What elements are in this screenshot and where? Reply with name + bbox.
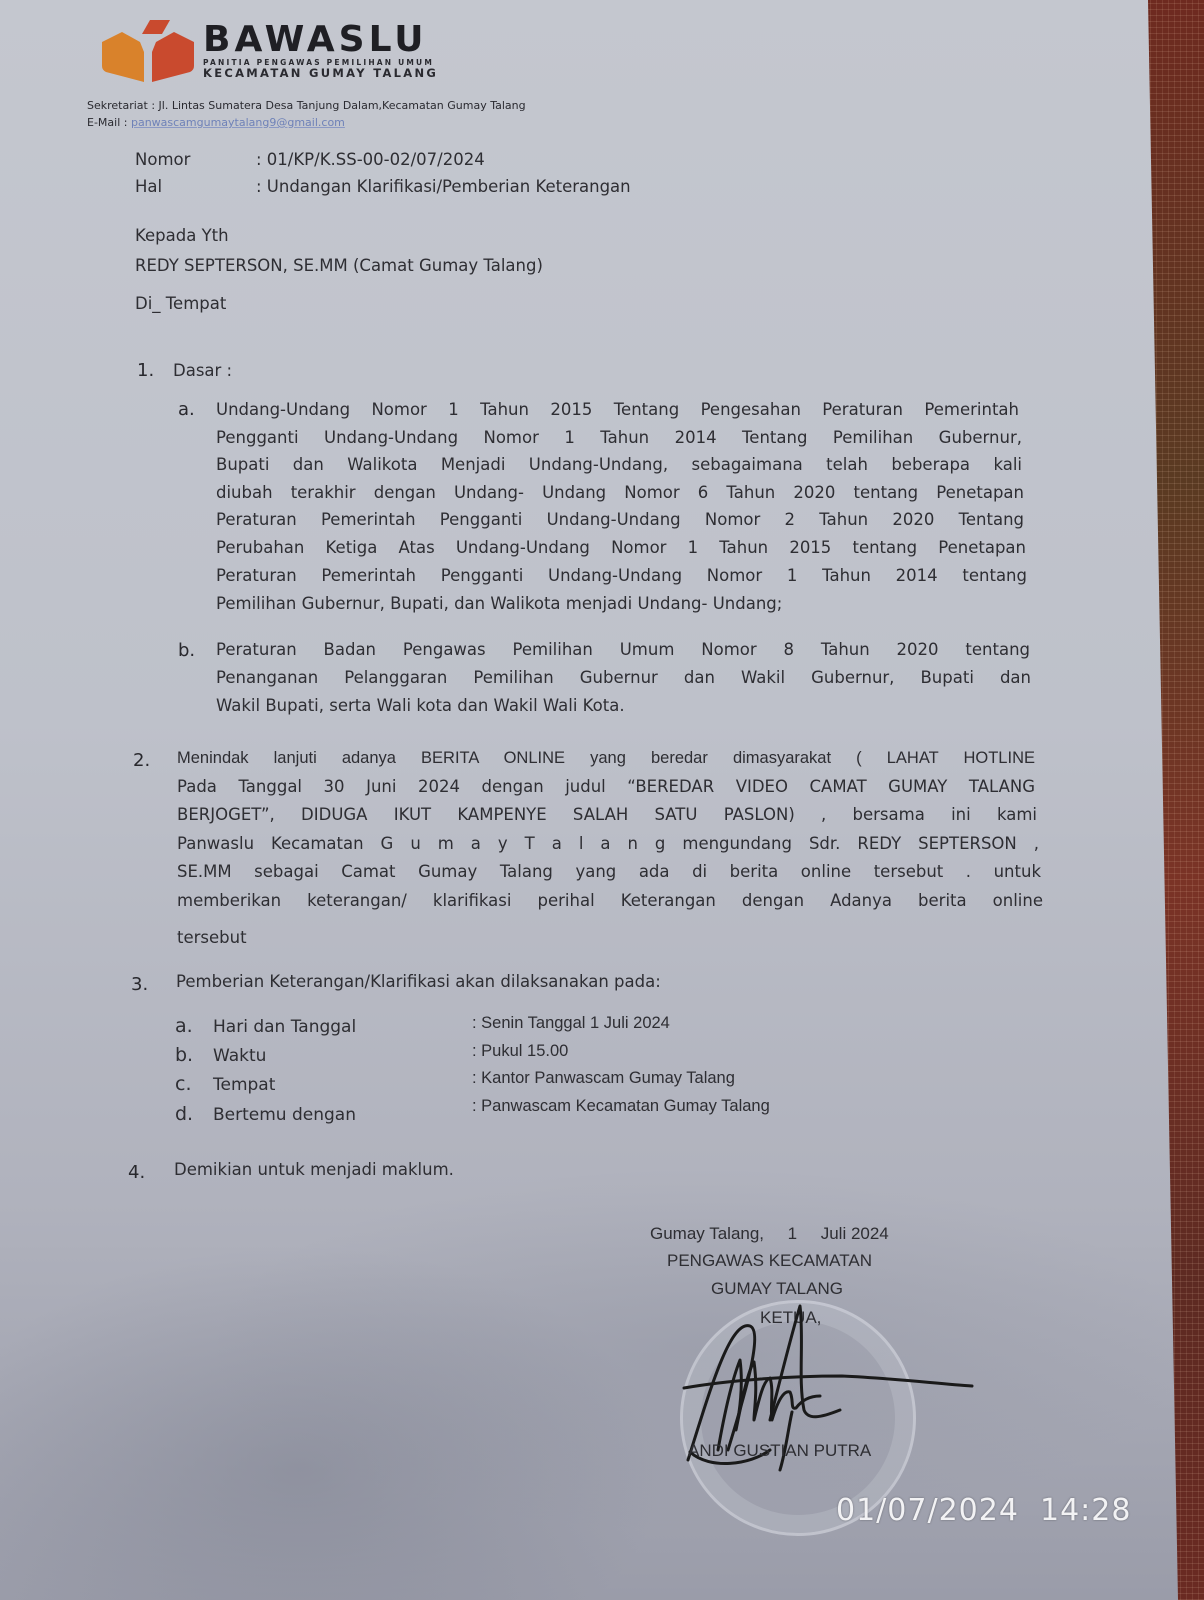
section-3-number: 3.	[131, 974, 148, 995]
section-2-line: SE.MM sebagai Camat Gumay Talang yang ad…	[177, 862, 1041, 881]
section-1a-line: diubah terakhir dengan Undang- Undang No…	[216, 483, 1024, 502]
section-1b-marker: b.	[178, 640, 195, 661]
recipient-greeting: Kepada Yth	[135, 226, 229, 245]
signer-office: PENGAWAS KECAMATAN	[667, 1251, 872, 1271]
reference-number: Nomor: 01/KP/K.SS-00-02/07/2024	[135, 150, 485, 169]
section-4-text: Demikian untuk menjadi maklum.	[174, 1160, 454, 1179]
recipient-name: REDY SEPTERSON, SE.MM (Camat Gumay Talan…	[135, 256, 543, 275]
schedule-row: a.Hari dan Tanggal	[175, 1015, 356, 1037]
nomor-label: Nomor	[135, 150, 256, 169]
brand-district: KECAMATAN GUMAY TALANG	[203, 66, 438, 80]
section-2-line: Menindak lanjuti adanya BERITA ONLINE ya…	[177, 749, 1035, 768]
subject: Hal: Undangan Klarifikasi/Pemberian Kete…	[135, 177, 631, 196]
section-2-line: BERJOGET”, DIDUGA IKUT KAMPENYE SALAH SA…	[177, 805, 1037, 824]
photo-timestamp: 01/07/2024 14:28	[836, 1493, 1131, 1528]
section-1a-marker: a.	[178, 399, 195, 420]
section-1a-line: Pemilihan Gubernur, Bupati, dan Walikota…	[216, 594, 782, 613]
hal-value: : Undangan Klarifikasi/Pemberian Keteran…	[256, 177, 631, 196]
section-2-line: memberikan keterangan/ klarifikasi perih…	[177, 891, 1043, 910]
schedule-row: c.Tempat	[175, 1073, 275, 1095]
schedule-marker: c.	[175, 1073, 213, 1095]
section-3-title: Pemberian Keterangan/Klarifikasi akan di…	[176, 972, 661, 991]
section-1a-line: Peraturan Pemerintah Pengganti Undang-Un…	[216, 510, 1024, 529]
section-1-title: Dasar :	[173, 361, 232, 380]
email-line: E-Mail : panwascamgumaytalang9@gmail.com	[87, 116, 345, 129]
section-2-line: tersebut	[177, 928, 247, 947]
schedule-label: Bertemu dengan	[213, 1105, 356, 1125]
schedule-label: Hari dan Tanggal	[213, 1017, 356, 1037]
schedule-label: Waktu	[213, 1046, 266, 1066]
schedule-value-time: : Pukul 15.00	[472, 1042, 568, 1061]
hal-label: Hal	[135, 177, 256, 196]
section-1a-line: Perubahan Ketiga Atas Undang-Undang Nomo…	[216, 538, 1026, 557]
section-1b-line: Wakil Bupati, serta Wali kota dan Wakil …	[216, 696, 625, 715]
schedule-row: b.Waktu	[175, 1044, 266, 1066]
schedule-value-meet-with: : Panwascam Kecamatan Gumay Talang	[472, 1097, 770, 1116]
section-1a-line: Pengganti Undang-Undang Nomor 1 Tahun 20…	[216, 428, 1022, 447]
schedule-value-date: : Senin Tanggal 1 Juli 2024	[472, 1014, 670, 1033]
nomor-value: : 01/KP/K.SS-00-02/07/2024	[256, 150, 485, 169]
email-link[interactable]: panwascamgumaytalang9@gmail.com	[131, 116, 345, 129]
section-2-number: 2.	[133, 750, 150, 771]
section-1a-line: Peraturan Pemerintah Pengganti Undang-Un…	[216, 566, 1027, 585]
email-label: E-Mail :	[87, 116, 131, 129]
section-2-line: Panwaslu Kecamatan G u m a y T a l a n g…	[177, 834, 1039, 853]
section-1a-line: Undang-Undang Nomor 1 Tahun 2015 Tentang…	[216, 400, 1019, 419]
section-1b-line: Penanganan Pelanggaran Pemilihan Gubernu…	[216, 668, 1031, 687]
recipient-place: Di_ Tempat	[135, 294, 226, 313]
place-date: Gumay Talang, 1 Juli 2024	[650, 1224, 889, 1244]
schedule-marker: b.	[175, 1044, 213, 1066]
signer-name: ANDI GUSTIAN PUTRA	[688, 1441, 871, 1461]
section-1b-line: Peraturan Badan Pengawas Pemilihan Umum …	[216, 640, 1030, 659]
letter-page: BAWASLU PANITIA PENGAWAS PEMILIHAN UMUM …	[0, 0, 1204, 1600]
schedule-row: d.Bertemu dengan	[175, 1103, 356, 1125]
schedule-label: Tempat	[213, 1075, 275, 1095]
section-2-line: Pada Tanggal 30 Juni 2024 dengan judul “…	[177, 777, 1035, 796]
signer-office-district: GUMAY TALANG	[711, 1279, 843, 1299]
schedule-marker: d.	[175, 1103, 213, 1125]
section-1a-line: Bupati dan Walikota Menjadi Undang-Undan…	[216, 455, 1022, 474]
bawaslu-logo-icon	[100, 18, 196, 84]
section-1-number: 1.	[137, 360, 154, 381]
secretariat-address: Sekretariat : Jl. Lintas Sumatera Desa T…	[87, 99, 526, 112]
section-4-number: 4.	[128, 1162, 145, 1183]
schedule-value-place: : Kantor Panwascam Gumay Talang	[472, 1069, 735, 1088]
schedule-marker: a.	[175, 1015, 213, 1037]
brand-name: BAWASLU	[203, 22, 427, 58]
